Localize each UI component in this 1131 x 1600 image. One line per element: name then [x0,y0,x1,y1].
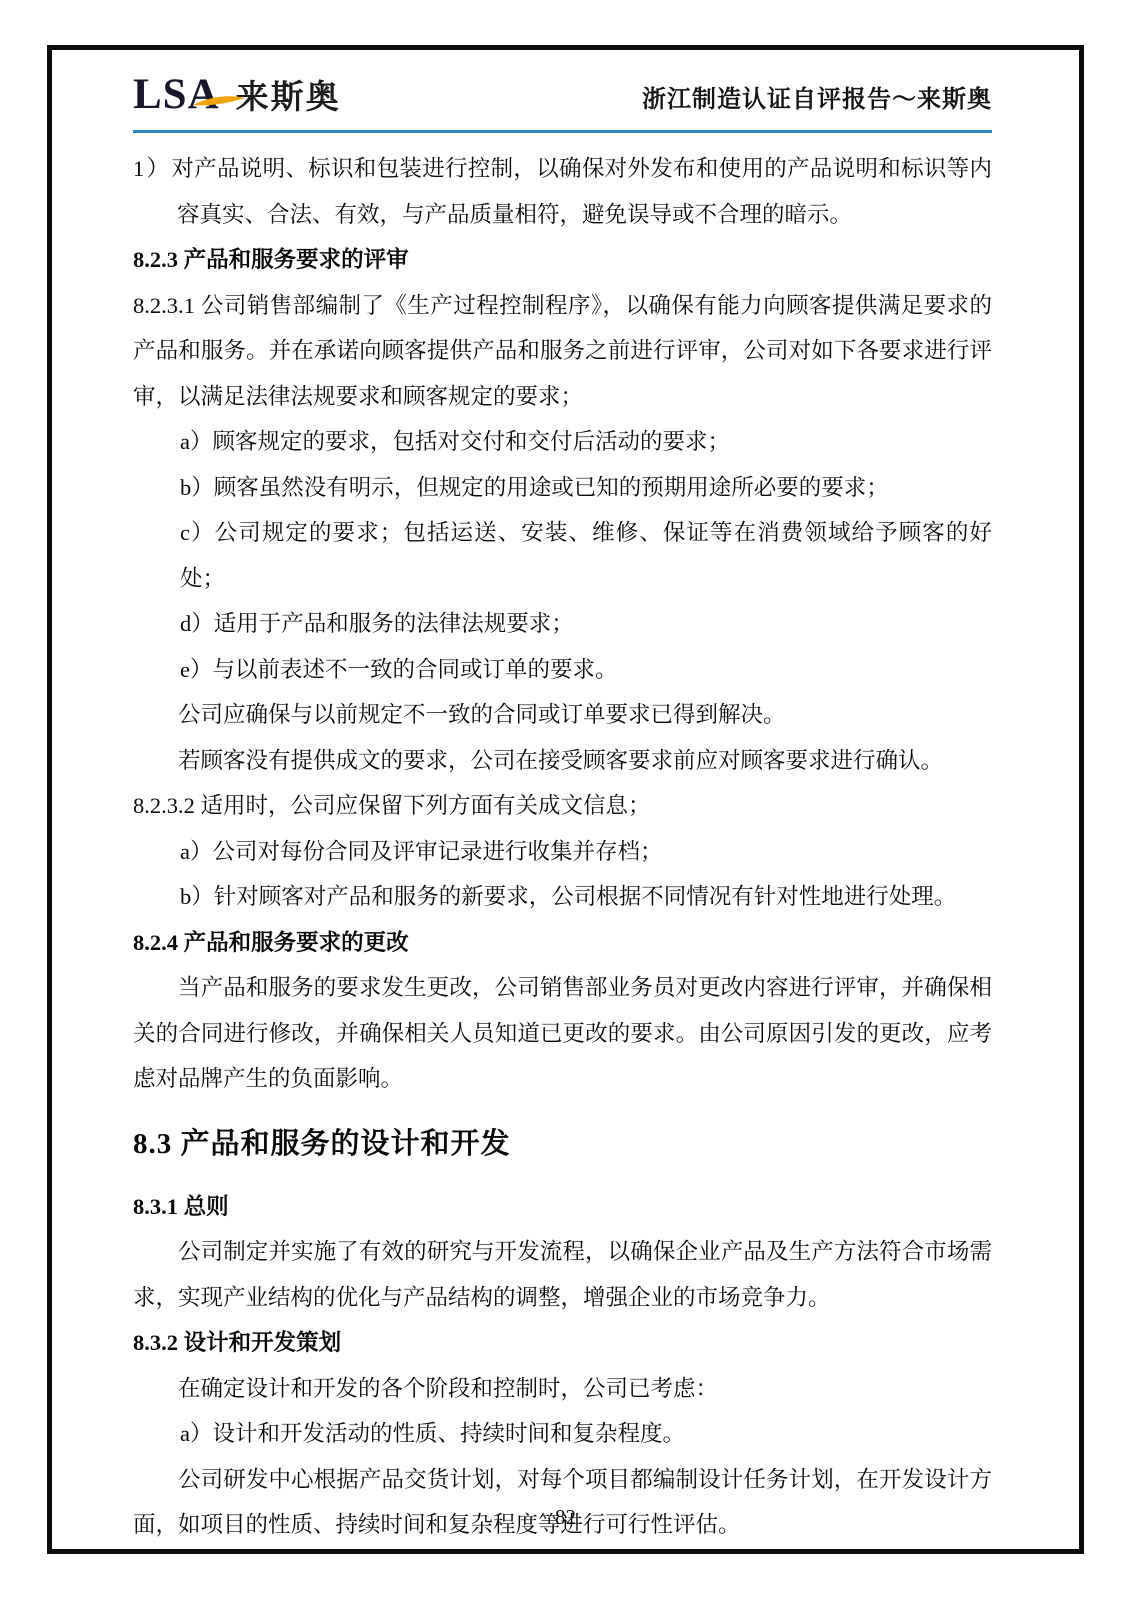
list-item-1-text: 对产品说明、标识和包装进行控制，以确保对外发布和使用的产品说明和标识等内容真实、… [171,156,992,227]
requirement-item-e: e）与以前表述不一致的合同或订单的要求。 [180,647,992,693]
paragraph-8-2-3-2: 8.2.3.2 适用时，公司应保留下列方面有关成文信息； [133,783,992,829]
section-heading-8-3-1: 8.3.1 总则 [133,1184,992,1230]
section-heading-8-2-4: 8.2.4 产品和服务要求的更改 [133,920,992,966]
logo-lsa-text: LSA [133,73,220,116]
brand-logo: LSA 来斯奥 [133,73,341,116]
section-heading-8-3: 8.3 产品和服务的设计和开发 [133,1121,992,1167]
requirement-item-c: c）公司规定的要求；包括运送、安装、维修、保证等在消费领域给予顾客的好处； [180,510,992,601]
section-heading-8-2-3: 8.2.3 产品和服务要求的评审 [133,237,992,283]
paragraph-rd-center-plan: 公司研发中心根据产品交货计划，对每个项目都编制设计任务计划，在开发设计方面，如项… [133,1457,992,1548]
report-title: 浙江制造认证自评报告～来斯奥 [642,79,992,116]
page-frame: LSA 来斯奥 浙江制造认证自评报告～来斯奥 1）对产品说明、标识和包装进行控制… [47,45,1084,1554]
header-divider-rule [133,130,992,133]
requirement-item-b: b）顾客虽然没有明示，但规定的用途或已知的预期用途所必要的要求； [180,465,992,511]
requirement-item-d: d）适用于产品和服务的法律法规要求； [180,601,992,647]
list-item-1-marker: 1） [133,156,171,181]
paragraph-design-stages: 在确定设计和开发的各个阶段和控制时，公司已考虑： [133,1366,992,1412]
paragraph-8-2-3-1: 8.2.3.1 公司销售部编制了《生产过程控制程序》，以确保有能力向顾客提供满足… [133,283,992,420]
design-item-a: a）设计和开发活动的性质、持续时间和复杂程度。 [180,1411,992,1457]
requirement-item-a: a）顾客规定的要求，包括对交付和交付后活动的要求； [180,419,992,465]
paragraph-contract-resolution: 公司应确保与以前规定不一致的合同或订单要求已得到解决。 [133,692,992,738]
logo-cn-text: 来斯奥 [236,82,341,115]
list-item-1: 1）对产品说明、标识和包装进行控制，以确保对外发布和使用的产品说明和标识等内容真… [133,146,992,237]
page-header: LSA 来斯奥 浙江制造认证自评报告～来斯奥 [133,60,992,116]
page-content-area: LSA 来斯奥 浙江制造认证自评报告～来斯奥 1）对产品说明、标识和包装进行控制… [52,50,1079,1548]
section-heading-8-3-2: 8.3.2 设计和开发策划 [133,1320,992,1366]
record-item-b: b）针对顾客对产品和服务的新要求，公司根据不同情况有针对性地进行处理。 [180,874,992,920]
paragraph-customer-confirmation: 若顾客没有提供成文的要求，公司在接受顾客要求前应对顾客要求进行确认。 [133,738,992,784]
paragraph-change-review: 当产品和服务的要求发生更改，公司销售部业务员对更改内容进行评审，并确保相关的合同… [133,965,992,1102]
page-number: 82 [52,1505,1079,1530]
record-item-a: a）公司对每份合同及评审记录进行收集并存档； [180,829,992,875]
paragraph-rd-process: 公司制定并实施了有效的研究与开发流程，以确保企业产品及生产方法符合市场需求，实现… [133,1229,992,1320]
document-body: 1）对产品说明、标识和包装进行控制，以确保对外发布和使用的产品说明和标识等内容真… [133,146,992,1548]
